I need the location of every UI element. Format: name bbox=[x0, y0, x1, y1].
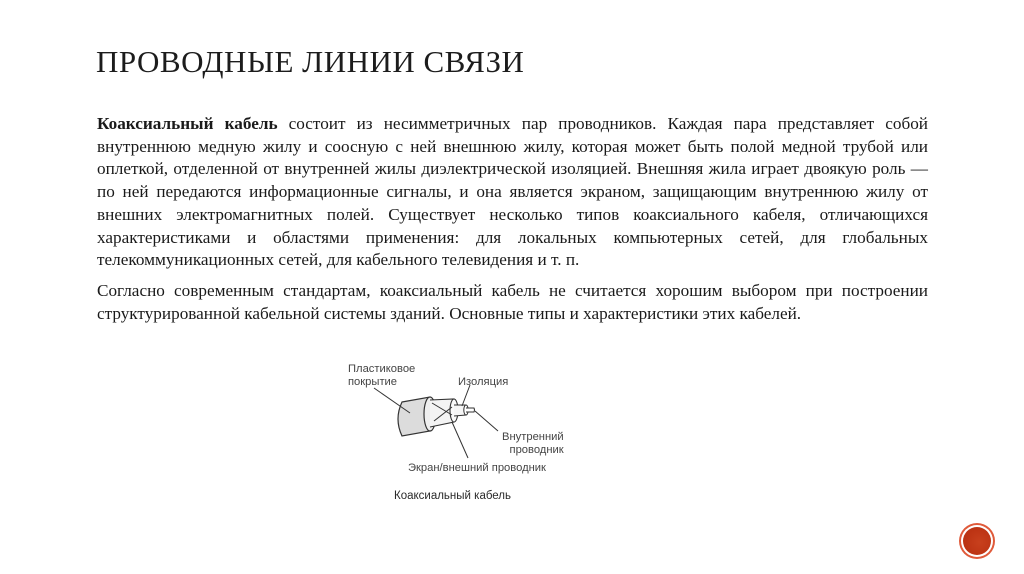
term-coaxial-cable: Коаксиальный кабель bbox=[97, 114, 278, 133]
figure-caption: Коаксиальный кабель bbox=[394, 490, 511, 502]
paragraph-standards: Согласно современным стандартам, коаксиа… bbox=[97, 280, 928, 325]
body-text: Коаксиальный кабель состоит из несимметр… bbox=[97, 113, 928, 325]
paragraph-coaxial-description: Коаксиальный кабель состоит из несимметр… bbox=[97, 113, 928, 272]
label-shield-outer-conductor: Экран/внешний проводник bbox=[408, 462, 546, 475]
slide-nav-button[interactable] bbox=[959, 523, 995, 559]
circle-button-icon bbox=[963, 527, 991, 555]
coaxial-cable-figure: Пластиковое покрытие Изоляция Внутренний… bbox=[330, 355, 590, 515]
label-plastic-coating: Пластиковое покрытие bbox=[348, 363, 415, 389]
label-inner-conductor: Внутренний проводник bbox=[502, 431, 564, 457]
slide-title: ПРОВОДНЫЕ ЛИНИИ СВЯЗИ bbox=[96, 44, 524, 80]
label-insulation: Изоляция bbox=[458, 376, 508, 389]
paragraph-1-text: состоит из несимметричных пар проводнико… bbox=[97, 114, 928, 269]
